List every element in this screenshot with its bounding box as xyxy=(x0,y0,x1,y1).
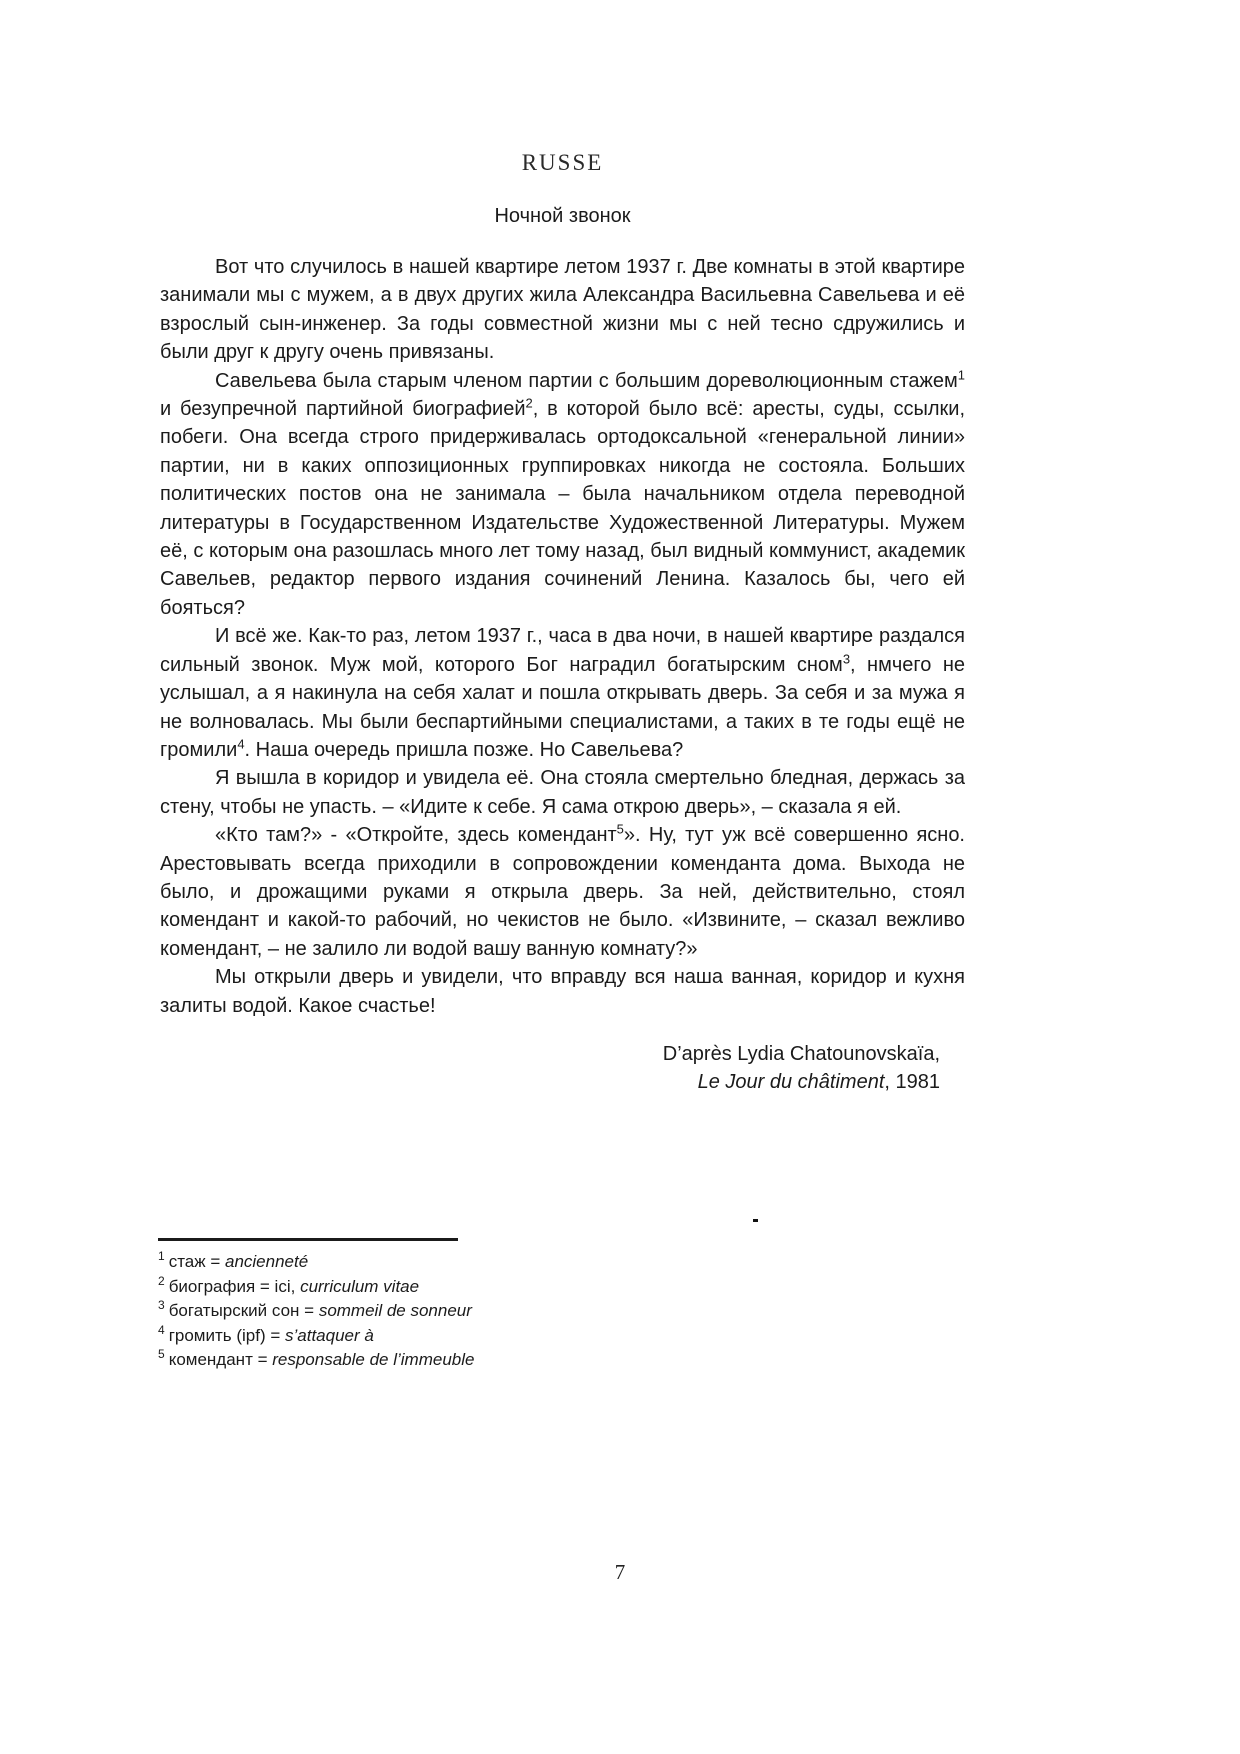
paragraph-3-text: . Наша очередь пришла позже. Но Савельев… xyxy=(245,739,684,761)
paragraph-4: Я вышла в коридор и увидела её. Она стоя… xyxy=(160,764,965,821)
language-header: RUSSE xyxy=(160,150,965,176)
document-page: RUSSE Ночной звонок Вот что случилось в … xyxy=(0,0,1240,1754)
paragraph-2-text: Савельева была старым членом партии с бо… xyxy=(215,370,958,392)
footnote-3: 3богатырский сон = sommeil de sonneur xyxy=(158,1299,798,1324)
footnote-ref-1: 1 xyxy=(958,367,965,382)
footnote-2: 2биография = ici, curriculum vitae xyxy=(158,1275,798,1300)
text-block: RUSSE Ночной звонок Вот что случилось в … xyxy=(160,0,965,1097)
footnote-5-term: комендант = xyxy=(169,1350,273,1369)
footnote-3-term: богатырский сон = xyxy=(169,1301,319,1320)
paragraph-2-text: , в которой было всё: аресты, суды, ссыл… xyxy=(160,398,965,619)
body-text: Вот что случилось в нашей квартире летом… xyxy=(160,253,965,1020)
footnote-1: 1стаж = ancienneté xyxy=(158,1250,798,1275)
footnote-ref-4: 4 xyxy=(237,736,244,751)
paragraph-2-text: и безупречной партийной биографией xyxy=(160,398,526,420)
footnote-5-translation: responsable de l’immeuble xyxy=(272,1350,474,1369)
footnote-ref-3: 3 xyxy=(843,651,850,666)
footnote-2-translation: curriculum vitae xyxy=(300,1277,419,1296)
footnote-2-term: биография = ici, xyxy=(169,1277,300,1296)
footnote-2-number: 2 xyxy=(158,1274,165,1288)
footnote-4: 4громить (ipf) = s’attaquer à xyxy=(158,1324,798,1349)
footnote-ref-2: 2 xyxy=(526,395,533,410)
paragraph-2: Савельева была старым членом партии с бо… xyxy=(160,367,965,623)
attribution-author-text: D’après Lydia Chatounovskaïa, xyxy=(663,1043,940,1065)
text-title: Ночной звонок xyxy=(160,205,965,228)
footnote-1-term: стаж = xyxy=(169,1252,225,1271)
footnote-1-translation: ancienneté xyxy=(225,1252,308,1271)
paragraph-1: Вот что случилось в нашей квартире летом… xyxy=(160,253,965,367)
footnote-4-translation: s’attaquer à xyxy=(285,1326,374,1345)
paragraph-6-text: Мы открыли дверь и увидели, что вправду … xyxy=(160,966,965,1016)
footnote-5: 5комендант = responsable de l’immeuble xyxy=(158,1348,798,1373)
footnote-3-translation: sommeil de sonneur xyxy=(319,1301,472,1320)
paragraph-5-text: «Кто там?» - «Откройте, здесь комендант xyxy=(215,824,617,846)
page-number: 7 xyxy=(0,1560,1240,1585)
scan-artifact-dot xyxy=(753,1219,758,1222)
footnote-ref-5: 5 xyxy=(617,821,624,836)
footnote-4-number: 4 xyxy=(158,1323,165,1337)
paragraph-1-text: Вот что случилось в нашей квартире летом… xyxy=(160,256,965,363)
paragraph-6: Мы открыли дверь и увидели, что вправду … xyxy=(160,963,965,1020)
attribution-work-title: Le Jour du châtiment xyxy=(698,1071,885,1093)
attribution: D’après Lydia Chatounovskaïa, Le Jour du… xyxy=(160,1040,965,1097)
paragraph-3: И всё же. Как-то раз, летом 1937 г., час… xyxy=(160,622,965,764)
footnote-1-number: 1 xyxy=(158,1249,165,1263)
paragraph-5: «Кто там?» - «Откройте, здесь комендант5… xyxy=(160,821,965,963)
attribution-author: D’après Lydia Chatounovskaïa, xyxy=(160,1040,940,1068)
footnote-5-number: 5 xyxy=(158,1347,165,1361)
footnotes-section: 1стаж = ancienneté 2биография = ici, cur… xyxy=(158,1238,798,1373)
attribution-work-year: , 1981 xyxy=(884,1071,940,1093)
paragraph-4-text: Я вышла в коридор и увидела её. Она стоя… xyxy=(160,767,965,817)
footnote-4-term: громить (ipf) = xyxy=(169,1326,285,1345)
footnote-divider xyxy=(158,1238,458,1241)
attribution-work: Le Jour du châtiment, 1981 xyxy=(160,1068,940,1096)
footnote-3-number: 3 xyxy=(158,1298,165,1312)
